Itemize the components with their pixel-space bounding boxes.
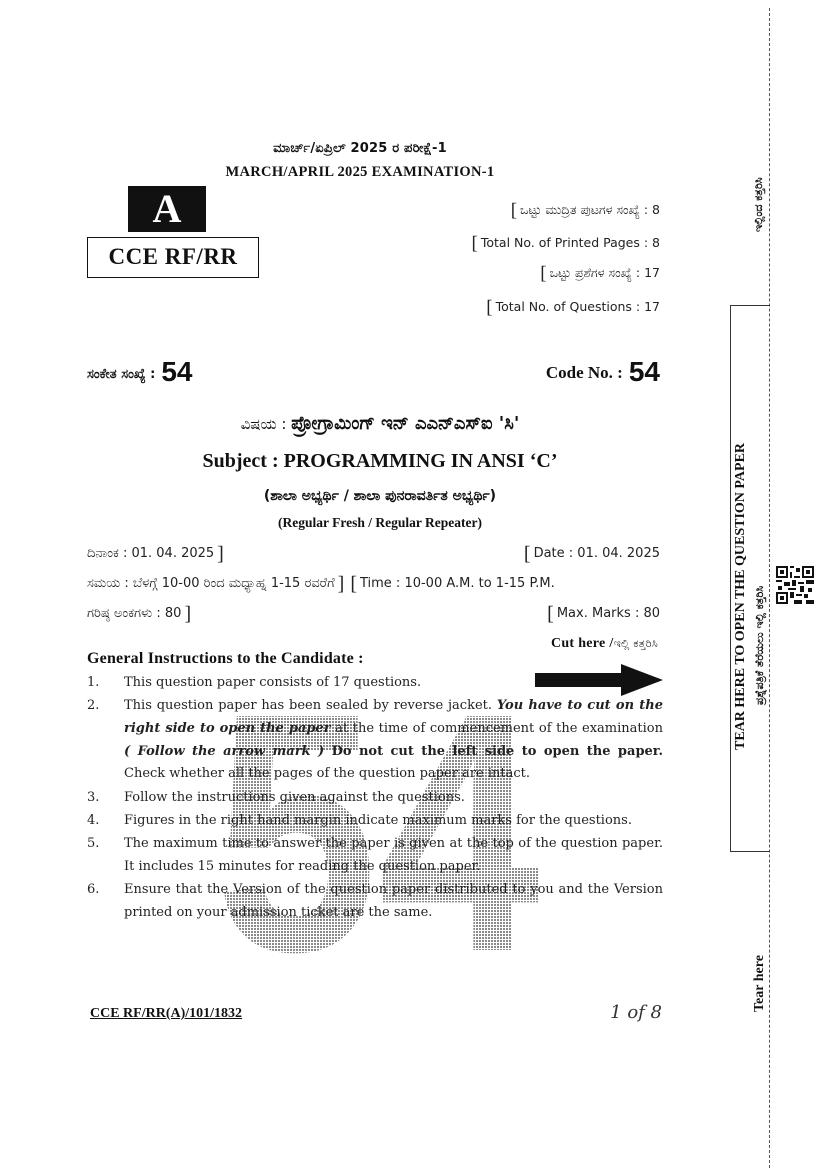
marks-kannada: ಗರಿಷ್ಠ ಅಂಕಗಳು : 80]: [87, 603, 194, 626]
subject-kannada: ವಿಷಯ : ಪ್ರೋಗ್ರಾಮಿಂಗ್ ಇನ್ ಎಎನ್ಎಸ್ಐ 'ಸಿ': [0, 413, 760, 434]
instruction-number: 2.: [87, 695, 99, 718]
instruction-text: This question paper has been sealed by r…: [124, 698, 497, 713]
instruction-item: 5.The maximum time to answer the paper i…: [87, 833, 663, 878]
category-kannada: (ಶಾಲಾ ಅಭ್ಯರ್ಥಿ / ಶಾಲಾ ಪುನರಾವರ್ತಿತ ಅಭ್ಯರ್…: [0, 488, 760, 504]
date-english-text: Date : 01. 04. 2025: [534, 546, 660, 561]
instruction-number: 5.: [87, 833, 99, 856]
instruction-number: 4.: [87, 810, 99, 833]
version-badge: A: [128, 186, 206, 232]
instruction-text: Ensure that the Version of the question …: [124, 882, 663, 920]
marks-english-text: Max. Marks : 80: [557, 606, 660, 621]
printed-pages-english: [Total No. of Printed Pages : 8: [472, 233, 660, 255]
code-number-kannada: ಸಂಕೇತ ಸಂಖ್ಯೆ :54: [87, 356, 193, 388]
instruction-number: 6.: [87, 879, 99, 902]
subject-english: Subject : PROGRAMMING IN ANSI ‘C’: [0, 450, 760, 473]
subject-name-kannada: ಪ್ರೋಗ್ರಾಮಿಂಗ್ ಇನ್ ಎಎನ್ಎಸ್ಐ 'ಸಿ': [291, 413, 519, 434]
footer-paper-code: CCE RF/RR(A)/101/1832: [90, 1006, 242, 1022]
printed-pages-kannada: [ಒಟ್ಟು ಮುದ್ರಿತ ಪುಟಗಳ ಸಂಖ್ಯೆ : 8: [511, 200, 660, 222]
code-value-english: 54: [629, 356, 660, 387]
code-label-kannada: ಸಂಕೇತ ಸಂಖ್ಯೆ :: [87, 367, 155, 382]
cut-here-kannada-vertical: ಇಲ್ಲಿಂದ ಕತ್ತರಿಸಿ: [752, 177, 766, 232]
cut-here-label: Cut here /ಇಲ್ಲಿ ಕತ್ತರಿಸಿ: [551, 636, 658, 652]
instruction-text: The maximum time to answer the paper is …: [124, 836, 663, 874]
instruction-number: 3.: [87, 787, 99, 810]
instructions-list: 1.This question paper consists of 17 que…: [87, 672, 663, 925]
instruction-item: 4.Figures in the right hand margin indic…: [87, 810, 663, 833]
question-count-kannada-text: ಒಟ್ಟು ಪ್ರಶೆಗಳ ಸಂಖ್ಯೆ : 17: [550, 265, 660, 280]
exam-title-english: MARCH/APRIL 2025 EXAMINATION-1: [0, 164, 720, 181]
question-count-english-text: Total No. of Questions : 17: [496, 299, 660, 314]
instruction-emphasis: Do not cut the left side to open the pap…: [324, 744, 663, 759]
code-value-kannada: 54: [161, 356, 192, 387]
exam-title-kannada: ಮಾರ್ಚ್/ಏಪ್ರಿಲ್ 2025 ರ ಪರೀಕ್ಷೆ-1: [0, 141, 720, 156]
printed-pages-kannada-text: ಒಟ್ಟು ಮುದ್ರಿತ ಪುಟಗಳ ಸಂಖ್ಯೆ : 8: [520, 202, 660, 217]
instruction-text: Check whether all the pages of the quest…: [124, 766, 530, 781]
page-number: 1 of 8: [610, 1002, 662, 1023]
time-english-text: Time : 10-00 A.M. to 1-15 P.M.: [360, 576, 555, 591]
series-label: CCE RF/RR: [87, 237, 259, 278]
marks-kannada-text: ಗರಿಷ್ಠ ಅಂಕಗಳು : 80: [87, 606, 181, 621]
category-english: (Regular Fresh / Regular Repeater): [0, 515, 760, 531]
date-kannada: ದಿನಾಂಕ : 01. 04. 2025]: [87, 543, 227, 566]
instruction-text: at the time of commencement of the exami…: [331, 721, 663, 736]
cut-here-english: Cut here /: [551, 636, 614, 651]
instruction-number: 1.: [87, 672, 99, 695]
tear-instruction-kannada: ಪ್ರಶ್ನೆಪತ್ರಿಕೆ ತೆರೆಯಲು ಇಲ್ಲಿ ಕತ್ತರಿಸಿ: [753, 586, 767, 705]
tear-here-label: Tear here: [752, 955, 768, 1012]
marks-english: [Max. Marks : 80: [544, 603, 660, 626]
instruction-text: Figures in the right hand margin indicat…: [124, 813, 632, 828]
printed-pages-english-text: Total No. of Printed Pages : 8: [481, 235, 660, 250]
instruction-item: 1.This question paper consists of 17 que…: [87, 672, 663, 695]
code-label-english: Code No. :: [546, 363, 623, 382]
subject-label-kannada: ವಿಷಯ :: [241, 415, 287, 433]
date-kannada-text: ದಿನಾಂಕ : 01. 04. 2025: [87, 546, 214, 561]
instruction-emphasis: ( Follow the arrow mark ): [124, 744, 324, 759]
question-count-kannada: [ಒಟ್ಟು ಪ್ರಶೆಗಳ ಸಂಖ್ಯೆ : 17: [540, 263, 660, 285]
tear-instruction-english: TEAR HERE TO OPEN THE QUESTION PAPER: [733, 443, 749, 750]
instruction-text: Follow the instructions given against th…: [124, 790, 465, 805]
instruction-text: This question paper consists of 17 quest…: [124, 675, 421, 690]
instructions-title: General Instructions to the Candidate :: [87, 650, 364, 668]
cut-here-kannada: ಇಲ್ಲಿ ಕತ್ತರಿಸಿ: [614, 637, 658, 650]
time-row: ಸಮಯ : ಬೆಳಗ್ಗೆ 10-00 ರಿಂದ ಮಧ್ಯಾಹ್ನ 1-15 ರ…: [87, 573, 555, 596]
qr-code-icon: [776, 566, 814, 604]
code-number-english: Code No. :54: [546, 356, 660, 388]
instruction-item: 2.This question paper has been sealed by…: [87, 695, 663, 786]
instruction-item: 3.Follow the instructions given against …: [87, 787, 663, 810]
date-english: [Date : 01. 04. 2025: [521, 543, 660, 566]
question-count-english: [Total No. of Questions : 17: [486, 297, 660, 319]
time-kannada-text: ಸಮಯ : ಬೆಳಗ್ಗೆ 10-00 ರಿಂದ ಮಧ್ಯಾಹ್ನ 1-15 ರ…: [87, 576, 335, 591]
instruction-item: 6.Ensure that the Version of the questio…: [87, 879, 663, 924]
